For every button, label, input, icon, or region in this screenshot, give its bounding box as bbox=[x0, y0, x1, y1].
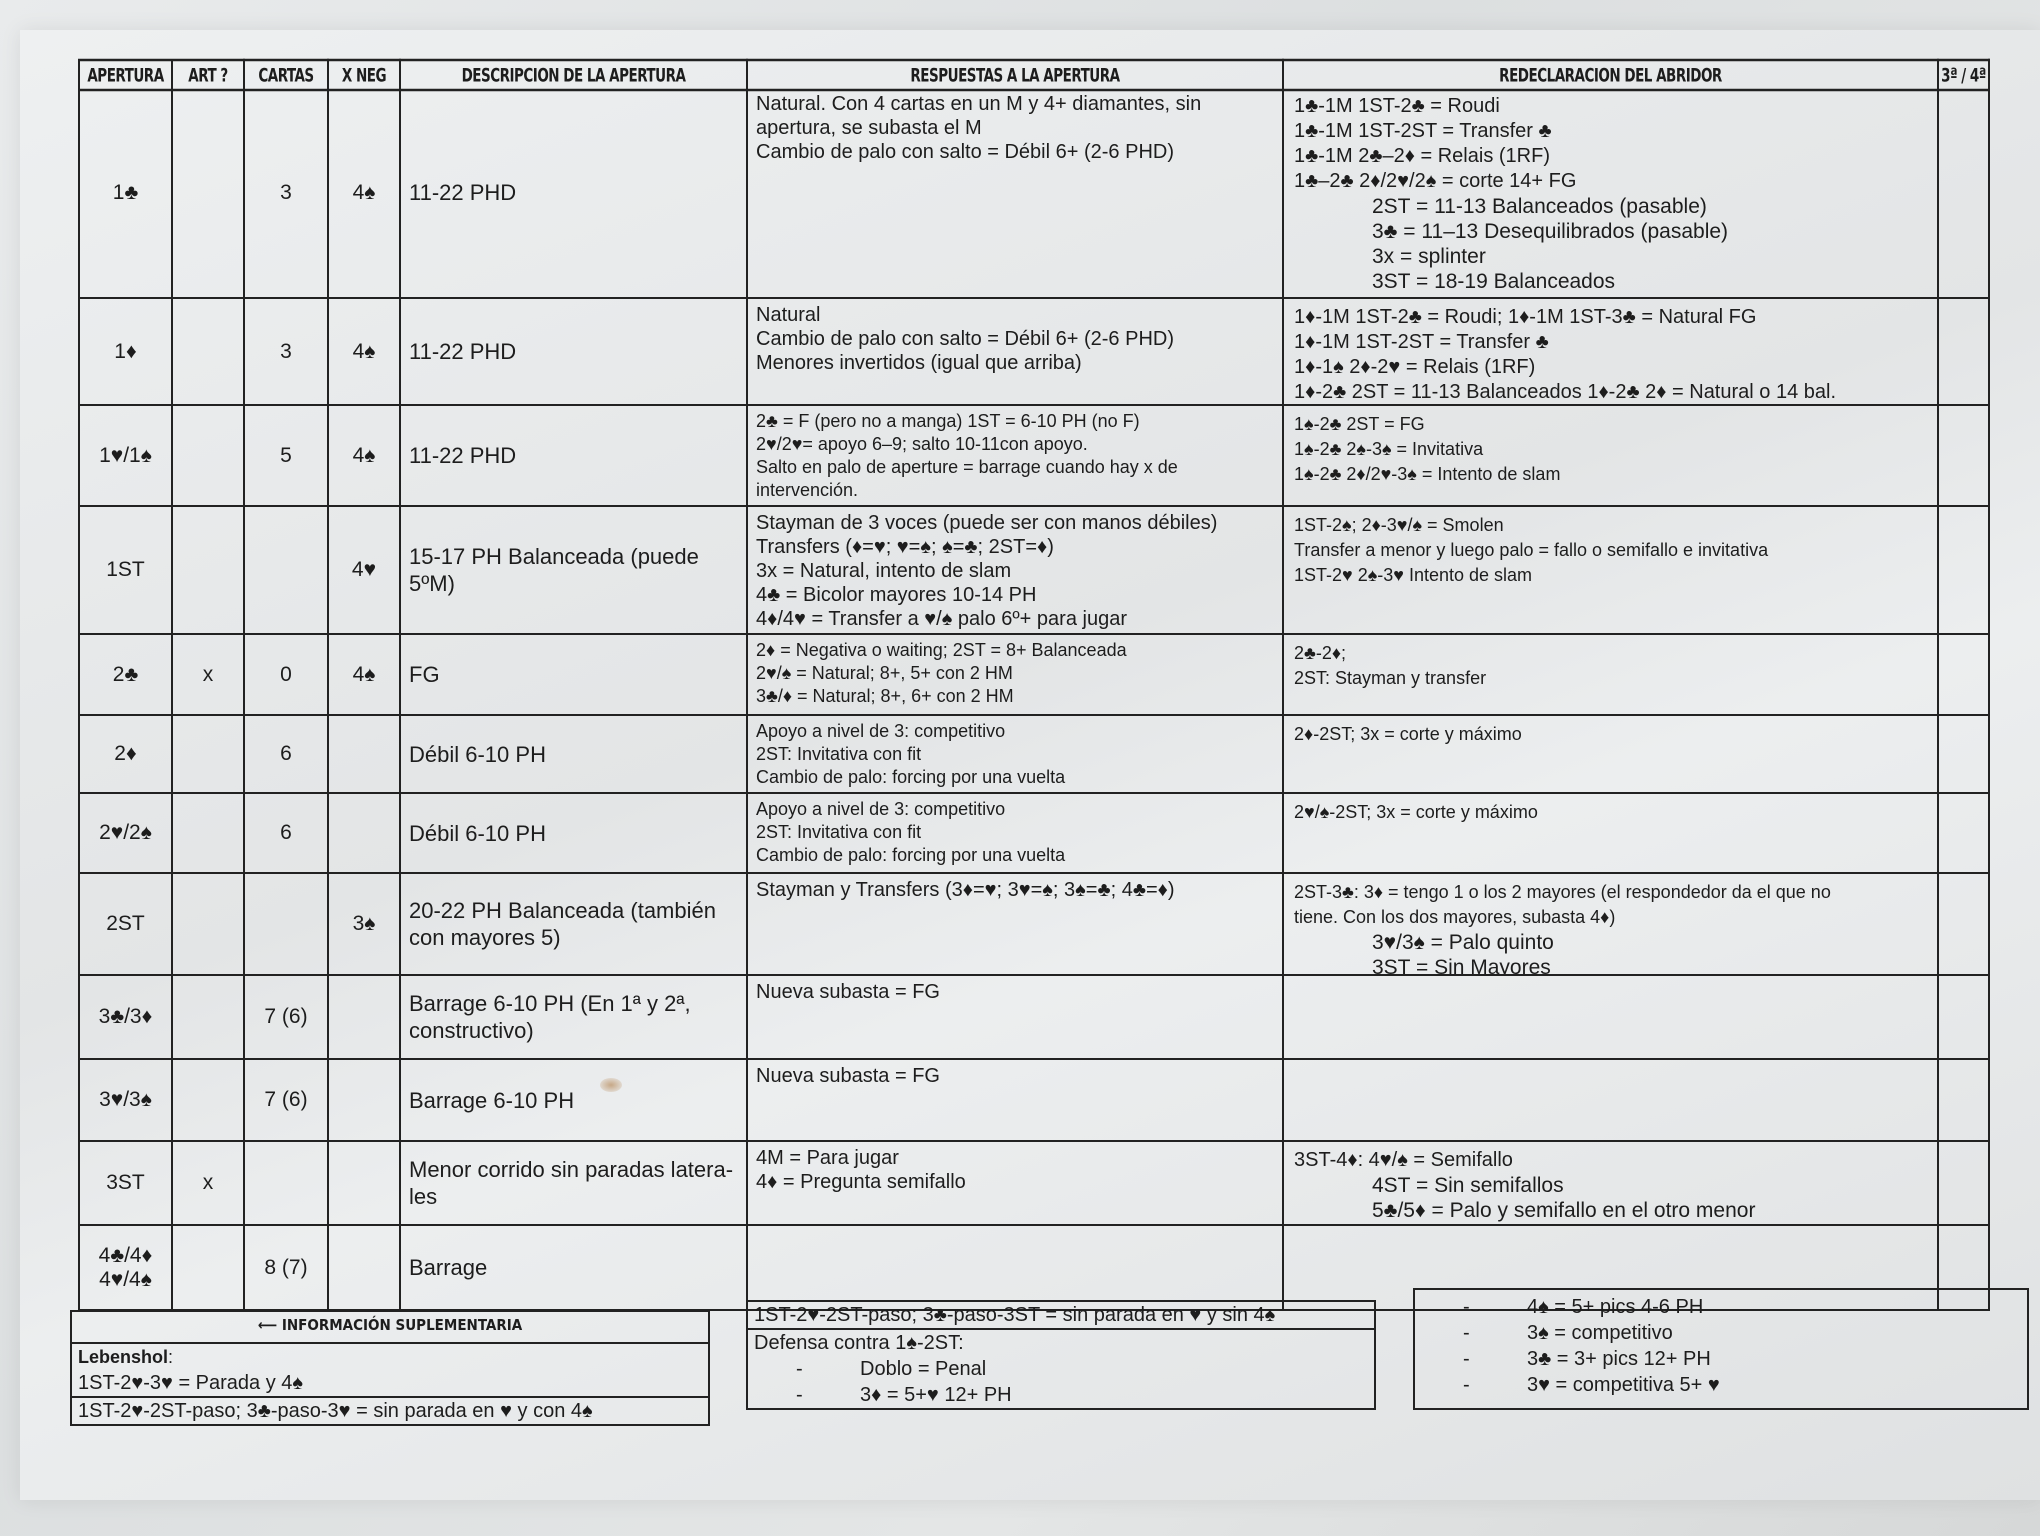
value-descripcion: Débil 6-10 PH bbox=[409, 820, 546, 847]
value-descripcion: 15-17 PH Balanceada (puede 5ºM) bbox=[409, 543, 746, 597]
value-cartas: 7 (6) bbox=[264, 1005, 307, 1029]
rebid-line: 5♣/5♦ = Palo y semifallo en el otro meno… bbox=[1294, 1198, 1927, 1223]
cell-apertura: 2♦ bbox=[78, 716, 173, 794]
cell-descripcion: Barrage bbox=[401, 1226, 748, 1311]
response-line: 4♦/4♥ = Transfer a ♥/♠ palo 6º+ para jug… bbox=[756, 607, 1274, 631]
cell-cartas bbox=[245, 874, 329, 976]
cell-apertura: 3♣/3♦ bbox=[78, 976, 173, 1060]
table-row: 3♥/3♠7 (6)Barrage 6-10 PHNueva subasta =… bbox=[78, 1060, 1990, 1142]
cell-redeclaracion bbox=[1284, 1060, 1939, 1142]
cell-x-neg bbox=[329, 976, 401, 1060]
value-x-neg: 4♥ bbox=[352, 558, 376, 582]
response-line: 3x = Natural, intento de slam bbox=[756, 559, 1274, 583]
cell-apertura: 2ST bbox=[78, 874, 173, 976]
cell-tercera-cuarta bbox=[1939, 976, 1990, 1060]
opening-bid: 3♥/3♠ bbox=[99, 1088, 152, 1112]
cell-cartas: 3 bbox=[245, 88, 329, 299]
supplementary-title: ⟵ INFORMACIÓN SUPLEMENTARIA bbox=[72, 1312, 708, 1344]
response-line: 2♣ = F (pero no a manga) 1ST = 6-10 PH (… bbox=[756, 410, 1274, 433]
header-apertura: APERTURA bbox=[78, 59, 173, 92]
response-line: apertura, se subasta el M bbox=[756, 116, 1274, 140]
cell-respuestas: Stayman y Transfers (3♦=♥; 3♥=♠; 3♠=♣; 4… bbox=[748, 874, 1284, 976]
defense-item: -3♠ = competitivo bbox=[1415, 1320, 2027, 1346]
cell-descripcion: Menor corrido sin paradas latera-les bbox=[401, 1142, 748, 1226]
value-descripcion: Menor corrido sin paradas latera-les bbox=[409, 1156, 746, 1210]
rebid-line: 1♦-2♣ 2ST = 11-13 Balanceados 1♦-2♣ 2♦ =… bbox=[1294, 380, 1927, 405]
supplementary-left-box: ⟵ INFORMACIÓN SUPLEMENTARIA Lebenshol: 1… bbox=[70, 1310, 710, 1426]
rebid-line: 1♠-2♣ 2♦/2♥-3♠ = Intento de slam bbox=[1294, 462, 1927, 487]
cell-tercera-cuarta bbox=[1939, 507, 1990, 635]
rebid-line: Transfer a menor y luego palo = fallo o … bbox=[1294, 538, 1927, 563]
response-line: Stayman de 3 voces (puede ser con manos … bbox=[756, 511, 1274, 535]
cell-descripcion: FG bbox=[401, 635, 748, 716]
cell-art bbox=[173, 794, 245, 874]
cell-x-neg bbox=[329, 1226, 401, 1311]
cell-cartas: 6 bbox=[245, 794, 329, 874]
rebid-line: 1ST-2♠; 2♦-3♥/♠ = Smolen bbox=[1294, 513, 1927, 538]
cell-redeclaracion: 1ST-2♠; 2♦-3♥/♠ = SmolenTransfer a menor… bbox=[1284, 507, 1939, 635]
cell-tercera-cuarta bbox=[1939, 1142, 1990, 1226]
response-line: Nueva subasta = FG bbox=[756, 980, 1274, 1004]
cell-art bbox=[173, 1060, 245, 1142]
table-row: 2♣x04♠FG2♦ = Negativa o waiting; 2ST = 8… bbox=[78, 635, 1990, 716]
response-line: 2♥/♠ = Natural; 8+, 5+ con 2 HM bbox=[756, 662, 1274, 685]
value-descripcion: Débil 6-10 PH bbox=[409, 741, 546, 768]
response-line: Natural bbox=[756, 303, 1274, 327]
value-x-neg: 4♠ bbox=[353, 444, 376, 468]
cell-redeclaracion: 2♥/♠-2ST; 3x = corte y máximo bbox=[1284, 794, 1939, 874]
opening-bid: 4♥/4♠ bbox=[99, 1268, 153, 1292]
opening-bid: 2♦ bbox=[114, 742, 136, 766]
cell-art bbox=[173, 406, 245, 507]
cell-art: x bbox=[173, 1142, 245, 1226]
cell-tercera-cuarta bbox=[1939, 716, 1990, 794]
lebenshol-line-2: 1ST-2♥-2ST-paso; 3♣-paso-3♥ = sin parada… bbox=[72, 1396, 708, 1424]
cell-cartas bbox=[245, 507, 329, 635]
value-descripcion: 11-22 PHD bbox=[409, 338, 516, 365]
table-row: 2ST3♠20-22 PH Balanceada (también con ma… bbox=[78, 874, 1990, 976]
cell-redeclaracion: 2ST-3♣: 3♦ = tengo 1 o los 2 mayores (el… bbox=[1284, 874, 1939, 976]
header-art: ART ? bbox=[173, 59, 245, 92]
rebid-line: 1♦-1M 1ST-2ST = Transfer ♣ bbox=[1294, 330, 1927, 355]
value-descripcion: 11-22 PHD bbox=[409, 179, 516, 206]
cell-cartas bbox=[245, 1142, 329, 1226]
cell-descripcion: Barrage 6-10 PH bbox=[401, 1060, 748, 1142]
response-line: 2ST: Invitativa con fit bbox=[756, 743, 1274, 766]
cell-descripcion: Barrage 6-10 PH (En 1ª y 2ª, constructiv… bbox=[401, 976, 748, 1060]
header-tercera-cuarta: 3ª / 4ª bbox=[1939, 59, 1990, 92]
cell-descripcion: 11-22 PHD bbox=[401, 88, 748, 299]
cell-respuestas: 4M = Para jugar4♦ = Pregunta semifallo bbox=[748, 1142, 1284, 1226]
value-descripcion: 11-22 PHD bbox=[409, 442, 516, 469]
response-line: Cambio de palo: forcing por una vuelta bbox=[756, 844, 1274, 867]
supplementary-middle-box: 1ST-2♥-2ST-paso; 3♣-paso-3ST = sin parad… bbox=[746, 1300, 1376, 1410]
defense-item: -3♣ = 3+ pics 12+ PH bbox=[1415, 1346, 2027, 1372]
response-line: Transfers (♦=♥; ♥=♠; ♠=♣; 2ST=♦) bbox=[756, 535, 1274, 559]
cell-redeclaracion: 1♠-2♣ 2ST = FG1♠-2♣ 2♠-3♠ = Invitativa1♠… bbox=[1284, 406, 1939, 507]
cell-tercera-cuarta bbox=[1939, 874, 1990, 976]
cell-tercera-cuarta bbox=[1939, 1060, 1990, 1142]
table-header: APERTURA ART ? CARTAS X NEG DESCRIPCION … bbox=[78, 62, 1990, 88]
cell-descripcion: 11-22 PHD bbox=[401, 299, 748, 406]
table-row: 1♣34♠11-22 PHDNatural. Con 4 cartas en u… bbox=[78, 88, 1990, 299]
opening-bid: 2♣ bbox=[113, 663, 138, 687]
rebid-line: 3ST = Sin Mayores bbox=[1294, 955, 1927, 976]
defense-item: -3♥ = competitiva 5+ ♥ bbox=[1415, 1372, 2027, 1398]
header-descripcion: DESCRIPCION DE LA APERTURA bbox=[401, 59, 748, 92]
cell-art bbox=[173, 716, 245, 794]
opening-bid: 1ST bbox=[106, 558, 145, 582]
response-line: intervención. bbox=[756, 479, 1274, 502]
cell-redeclaracion: 3ST-4♦: 4♥/♠ = Semifallo4ST = Sin semifa… bbox=[1284, 1142, 1939, 1226]
table-row: 3STxMenor corrido sin paradas latera-les… bbox=[78, 1142, 1990, 1226]
cell-x-neg bbox=[329, 1060, 401, 1142]
response-line: 4♣ = Bicolor mayores 10-14 PH bbox=[756, 583, 1274, 607]
cell-art bbox=[173, 874, 245, 976]
cell-descripcion: 15-17 PH Balanceada (puede 5ºM) bbox=[401, 507, 748, 635]
cell-cartas: 7 (6) bbox=[245, 1060, 329, 1142]
cell-apertura: 2♥/2♠ bbox=[78, 794, 173, 874]
rebid-line: 3♣ = 11–13 Desequilibrados (pasable) bbox=[1294, 219, 1927, 244]
cell-respuestas: NaturalCambio de palo con salto = Débil … bbox=[748, 299, 1284, 406]
value-descripcion: FG bbox=[409, 661, 440, 688]
cell-x-neg: 4♠ bbox=[329, 88, 401, 299]
cell-cartas: 8 (7) bbox=[245, 1226, 329, 1311]
cell-apertura: 3♥/3♠ bbox=[78, 1060, 173, 1142]
defense-item: -3♦ = 5+♥ 12+ PH bbox=[748, 1382, 1374, 1408]
lebenshol-heading: Lebenshol: bbox=[72, 1344, 708, 1370]
value-x-neg: 4♠ bbox=[353, 663, 376, 687]
cell-descripcion: Débil 6-10 PH bbox=[401, 794, 748, 874]
header-redeclaracion: REDECLARACION DEL ABRIDOR bbox=[1284, 59, 1939, 92]
rebid-line: 1♠-2♣ 2♠-3♠ = Invitativa bbox=[1294, 437, 1927, 462]
rebid-line: 4ST = Sin semifallos bbox=[1294, 1173, 1927, 1198]
rebid-line: 1♣-1M 1ST-2♣ = Roudi bbox=[1294, 94, 1927, 119]
cell-x-neg bbox=[329, 794, 401, 874]
cell-apertura: 1♥/1♠ bbox=[78, 406, 173, 507]
rebid-line: 2♦-2ST; 3x = corte y máximo bbox=[1294, 722, 1927, 747]
table-row: 1♦34♠11-22 PHDNaturalCambio de palo con … bbox=[78, 299, 1990, 406]
response-line: Nueva subasta = FG bbox=[756, 1064, 1274, 1088]
cell-art bbox=[173, 299, 245, 406]
cell-cartas: 0 bbox=[245, 635, 329, 716]
cell-respuestas: Nueva subasta = FG bbox=[748, 1060, 1284, 1142]
response-line: Salto en palo de aperture = barrage cuan… bbox=[756, 456, 1274, 479]
opening-bid: 2ST bbox=[106, 912, 145, 936]
cell-respuestas bbox=[748, 1226, 1284, 1311]
rebid-line: 3ST-4♦: 4♥/♠ = Semifallo bbox=[1294, 1148, 1927, 1173]
cell-x-neg: 3♠ bbox=[329, 874, 401, 976]
value-cartas: 8 (7) bbox=[264, 1256, 307, 1280]
header-x-neg: X NEG bbox=[329, 59, 401, 92]
value-descripcion: Barrage bbox=[409, 1254, 487, 1281]
table-row: 3♣/3♦7 (6)Barrage 6-10 PH (En 1ª y 2ª, c… bbox=[78, 976, 1990, 1060]
response-line: Apoyo a nivel de 3: competitivo bbox=[756, 798, 1274, 821]
cell-apertura: 3ST bbox=[78, 1142, 173, 1226]
header-respuestas: RESPUESTAS A LA APERTURA bbox=[748, 59, 1284, 92]
cell-art bbox=[173, 976, 245, 1060]
rebid-line: 3x = splinter bbox=[1294, 244, 1927, 269]
value-x-neg: 3♠ bbox=[353, 912, 376, 936]
cell-art bbox=[173, 507, 245, 635]
value-descripcion: 20-22 PH Balanceada (también con mayores… bbox=[409, 897, 746, 951]
table-row: 2♦6Débil 6-10 PHApoyo a nivel de 3: comp… bbox=[78, 716, 1990, 794]
arrow-left-icon: ⟵ bbox=[258, 1316, 282, 1334]
rebid-line: 2♥/♠-2ST; 3x = corte y máximo bbox=[1294, 800, 1927, 825]
response-line: Cambio de palo: forcing por una vuelta bbox=[756, 766, 1274, 789]
value-cartas: 5 bbox=[280, 444, 292, 468]
rebid-line: 1♦-1M 1ST-2♣ = Roudi; 1♦-1M 1ST-3♣ = Nat… bbox=[1294, 305, 1927, 330]
response-line: 3♣/♦ = Natural; 8+, 6+ con 2 HM bbox=[756, 685, 1274, 708]
value-cartas: 3 bbox=[280, 340, 292, 364]
cell-apertura: 1ST bbox=[78, 507, 173, 635]
defense-heading: Defensa contra 1♠-2ST: bbox=[748, 1330, 1374, 1356]
rebid-line: tiene. Con los dos mayores, subasta 4♦) bbox=[1294, 905, 1927, 930]
cell-descripcion: 20-22 PH Balanceada (también con mayores… bbox=[401, 874, 748, 976]
cell-cartas: 3 bbox=[245, 299, 329, 406]
rebid-line: 1♣-1M 2♣–2♦ = Relais (1RF) bbox=[1294, 144, 1927, 169]
cell-x-neg bbox=[329, 1142, 401, 1226]
cell-redeclaracion bbox=[1284, 976, 1939, 1060]
rebid-line: 1ST-2♥ 2♠-3♥ Intento de slam bbox=[1294, 563, 1927, 588]
response-line: Cambio de palo con salto = Débil 6+ (2-6… bbox=[756, 327, 1274, 351]
cell-apertura: 1♦ bbox=[78, 299, 173, 406]
defense-item: -Doblo = Penal bbox=[748, 1356, 1374, 1382]
response-line: 2♦ = Negativa o waiting; 2ST = 8+ Balanc… bbox=[756, 639, 1274, 662]
cell-tercera-cuarta bbox=[1939, 299, 1990, 406]
cell-apertura: 2♣ bbox=[78, 635, 173, 716]
cell-x-neg bbox=[329, 716, 401, 794]
response-line: 2♥/2♥= apoyo 6–9; salto 10-11con apoyo. bbox=[756, 433, 1274, 456]
response-line: Apoyo a nivel de 3: competitivo bbox=[756, 720, 1274, 743]
opening-bid: 1♣ bbox=[113, 181, 138, 205]
cell-redeclaracion: 1♣-1M 1ST-2♣ = Roudi1♣-1M 1ST-2ST = Tran… bbox=[1284, 88, 1939, 299]
cell-x-neg: 4♠ bbox=[329, 406, 401, 507]
opening-bid: 3♣/3♦ bbox=[99, 1005, 153, 1029]
opening-bid: 4♣/4♦ bbox=[99, 1244, 153, 1268]
value-cartas: 6 bbox=[280, 821, 292, 845]
rebid-line: 3ST = 18-19 Balanceados bbox=[1294, 269, 1927, 294]
cell-x-neg: 4♥ bbox=[329, 507, 401, 635]
cell-x-neg: 4♠ bbox=[329, 299, 401, 406]
cell-apertura: 1♣ bbox=[78, 88, 173, 299]
cell-tercera-cuarta bbox=[1939, 794, 1990, 874]
rebid-line: 1♣–2♣ 2♦/2♥/2♠ = corte 14+ FG bbox=[1294, 169, 1927, 194]
value-x-neg: 4♠ bbox=[353, 181, 376, 205]
cell-respuestas: Apoyo a nivel de 3: competitivo2ST: Invi… bbox=[748, 794, 1284, 874]
header-cartas: CARTAS bbox=[245, 59, 329, 92]
cell-respuestas: Stayman de 3 voces (puede ser con manos … bbox=[748, 507, 1284, 635]
lebenshol-line-3: 1ST-2♥-2ST-paso; 3♣-paso-3ST = sin parad… bbox=[748, 1302, 1374, 1330]
rebid-line: 2♣-2♦; bbox=[1294, 641, 1927, 666]
response-line: Cambio de palo con salto = Débil 6+ (2-6… bbox=[756, 140, 1274, 164]
cell-redeclaracion: 2♦-2ST; 3x = corte y máximo bbox=[1284, 716, 1939, 794]
response-line: Menores invertidos (igual que arriba) bbox=[756, 351, 1274, 375]
opening-bid: 3ST bbox=[106, 1171, 145, 1195]
cell-art bbox=[173, 88, 245, 299]
cell-respuestas: Nueva subasta = FG bbox=[748, 976, 1284, 1060]
cell-tercera-cuarta bbox=[1939, 88, 1990, 299]
rebid-line: 2ST = 11-13 Balanceados (pasable) bbox=[1294, 194, 1927, 219]
response-line: 2ST: Invitativa con fit bbox=[756, 821, 1274, 844]
cell-art: x bbox=[173, 635, 245, 716]
cell-apertura: 4♣/4♦4♥/4♠ bbox=[78, 1226, 173, 1311]
rebid-line: 2ST: Stayman y transfer bbox=[1294, 666, 1927, 691]
table-row: 1♥/1♠54♠11-22 PHD2♣ = F (pero no a manga… bbox=[78, 406, 1990, 507]
value-cartas: 7 (6) bbox=[264, 1088, 307, 1112]
opening-bid: 1♦ bbox=[114, 340, 136, 364]
rebid-line: 1♦-1♠ 2♦-2♥ = Relais (1RF) bbox=[1294, 355, 1927, 380]
cell-x-neg: 4♠ bbox=[329, 635, 401, 716]
value-art: x bbox=[203, 1171, 214, 1195]
rebid-line: 1♣-1M 1ST-2ST = Transfer ♣ bbox=[1294, 119, 1927, 144]
rebid-line: 3♥/3♠ = Palo quinto bbox=[1294, 930, 1927, 955]
cell-cartas: 6 bbox=[245, 716, 329, 794]
cell-descripcion: Débil 6-10 PH bbox=[401, 716, 748, 794]
value-cartas: 0 bbox=[280, 663, 292, 687]
cell-redeclaracion: 2♣-2♦;2ST: Stayman y transfer bbox=[1284, 635, 1939, 716]
table-row: 2♥/2♠6Débil 6-10 PHApoyo a nivel de 3: c… bbox=[78, 794, 1990, 874]
cell-cartas: 7 (6) bbox=[245, 976, 329, 1060]
cell-redeclaracion: 1♦-1M 1ST-2♣ = Roudi; 1♦-1M 1ST-3♣ = Nat… bbox=[1284, 299, 1939, 406]
opening-bid: 1♥/1♠ bbox=[99, 444, 152, 468]
value-x-neg: 4♠ bbox=[353, 340, 376, 364]
cell-respuestas: Apoyo a nivel de 3: competitivo2ST: Invi… bbox=[748, 716, 1284, 794]
supplementary-right-box: -4♠ = 5+ pics 4-6 PH -3♠ = competitivo -… bbox=[1413, 1288, 2029, 1410]
value-art: x bbox=[203, 663, 214, 687]
response-line: 4M = Para jugar bbox=[756, 1146, 1274, 1170]
cell-respuestas: 2♦ = Negativa o waiting; 2ST = 8+ Balanc… bbox=[748, 635, 1284, 716]
value-descripcion: Barrage 6-10 PH (En 1ª y 2ª, constructiv… bbox=[409, 990, 746, 1044]
lebenshol-line-1: 1ST-2♥-3♥ = Parada y 4♠ bbox=[72, 1370, 708, 1396]
cell-tercera-cuarta bbox=[1939, 406, 1990, 507]
cell-descripcion: 11-22 PHD bbox=[401, 406, 748, 507]
cell-respuestas: Natural. Con 4 cartas en un M y 4+ diama… bbox=[748, 88, 1284, 299]
defense-item: -4♠ = 5+ pics 4-6 PH bbox=[1415, 1294, 2027, 1320]
table-row: 1ST4♥15-17 PH Balanceada (puede 5ºM)Stay… bbox=[78, 507, 1990, 635]
response-line: 4♦ = Pregunta semifallo bbox=[756, 1170, 1274, 1194]
cell-tercera-cuarta bbox=[1939, 635, 1990, 716]
rebid-line: 2ST-3♣: 3♦ = tengo 1 o los 2 mayores (el… bbox=[1294, 880, 1927, 905]
value-cartas: 3 bbox=[280, 181, 292, 205]
response-line: Stayman y Transfers (3♦=♥; 3♥=♠; 3♠=♣; 4… bbox=[756, 878, 1274, 902]
cell-art bbox=[173, 1226, 245, 1311]
response-line: Natural. Con 4 cartas en un M y 4+ diama… bbox=[756, 92, 1274, 116]
value-cartas: 6 bbox=[280, 742, 292, 766]
opening-bid: 2♥/2♠ bbox=[99, 821, 152, 845]
cell-cartas: 5 bbox=[245, 406, 329, 507]
rebid-line: 1♠-2♣ 2ST = FG bbox=[1294, 412, 1927, 437]
cell-respuestas: 2♣ = F (pero no a manga) 1ST = 6-10 PH (… bbox=[748, 406, 1284, 507]
value-descripcion: Barrage 6-10 PH bbox=[409, 1087, 574, 1114]
